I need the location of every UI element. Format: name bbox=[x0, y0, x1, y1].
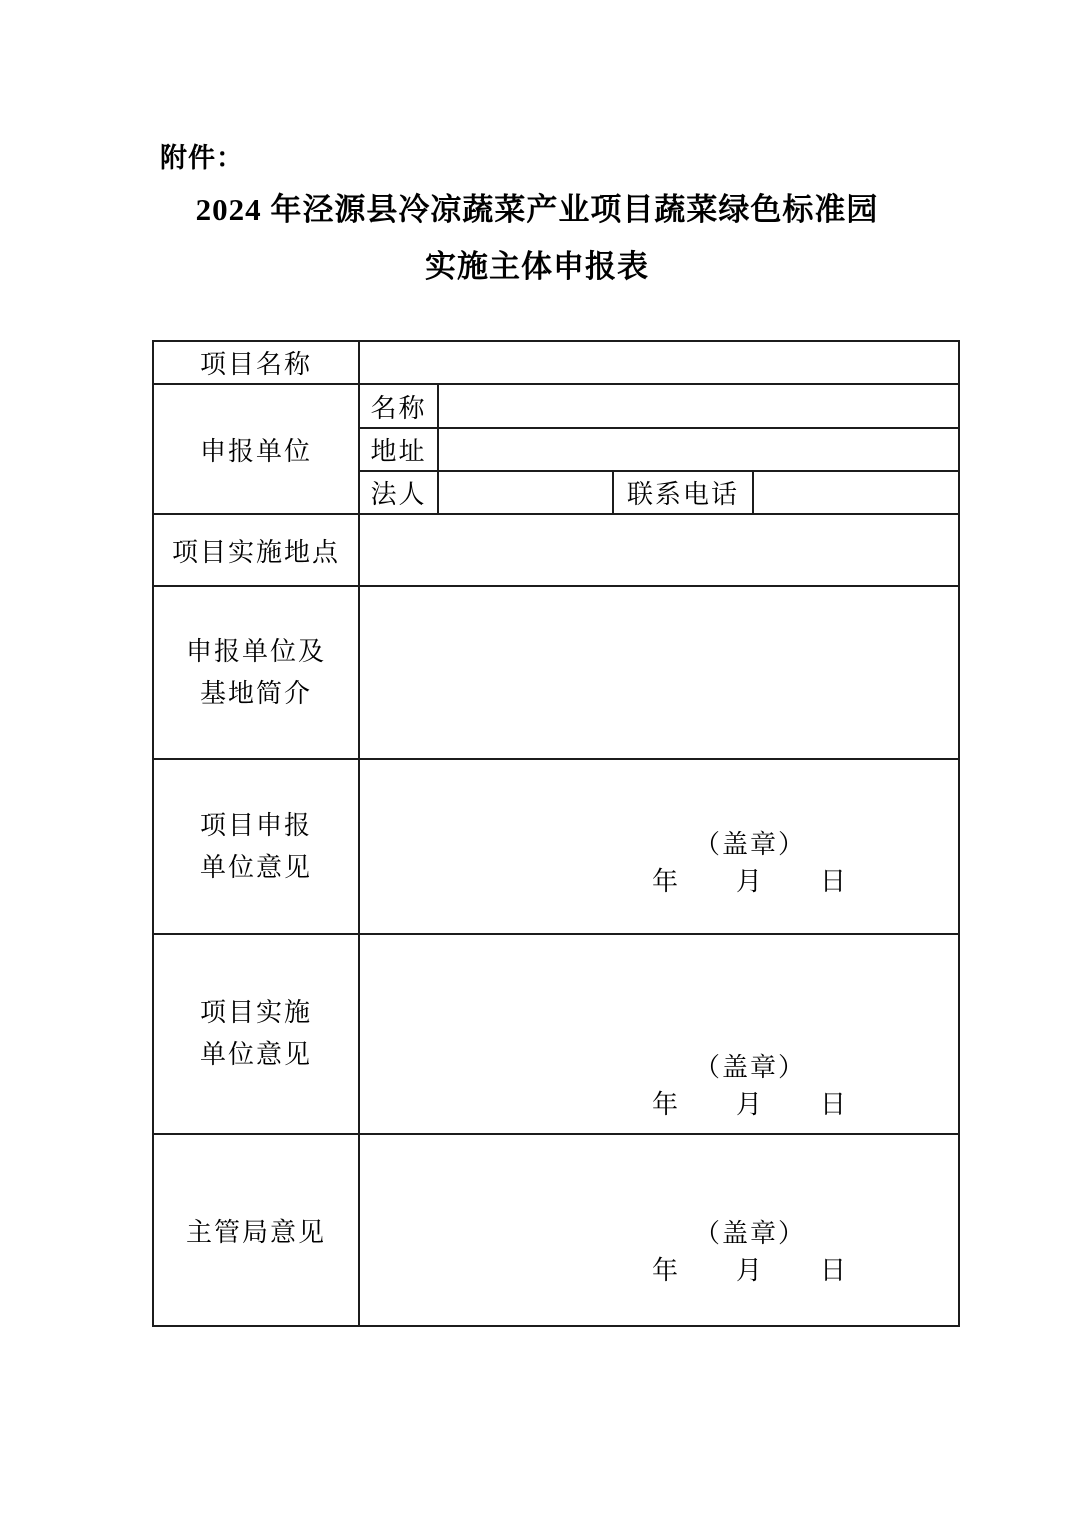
unit-base-intro-label: 申报单位及 基地简介 bbox=[153, 586, 359, 759]
row-bureau-opinion: 主管局意见 （盖章） 年 月 日 bbox=[153, 1134, 959, 1326]
unit-base-intro-label-line2: 基地简介 bbox=[154, 673, 358, 715]
application-form-table: 项目名称 申报单位 名称 地址 法人 联系电话 项目实施地点 bbox=[152, 340, 960, 1327]
implementation-opinion-label-line1: 项目实施 bbox=[154, 992, 358, 1034]
applicant-address-label: 地址 bbox=[359, 428, 438, 471]
implementation-opinion-seal-block: （盖章） 年 月 日 bbox=[630, 1049, 870, 1123]
document-title-line1: 2024 年泾源县冷凉蔬菜产业项目蔬菜绿色标准园 bbox=[0, 194, 1074, 225]
implementation-site-value bbox=[359, 514, 959, 586]
applicant-unit-label: 申报单位 bbox=[153, 384, 359, 514]
bureau-opinion-seal-block: （盖章） 年 月 日 bbox=[630, 1215, 870, 1289]
applicant-opinion-seal-block: （盖章） 年 月 日 bbox=[630, 826, 870, 900]
applicant-name-value bbox=[438, 384, 959, 428]
row-applicant-name: 申报单位 名称 bbox=[153, 384, 959, 428]
unit-base-intro-value bbox=[359, 586, 959, 759]
legal-person-value bbox=[438, 471, 613, 514]
project-name-label: 项目名称 bbox=[153, 341, 359, 384]
applicant-opinion-label-line1: 项目申报 bbox=[154, 805, 358, 847]
document-title: 2024 年泾源县冷凉蔬菜产业项目蔬菜绿色标准园 实施主体申报表 bbox=[0, 194, 1074, 282]
row-implementation-opinion: 项目实施 单位意见 （盖章） 年 月 日 bbox=[153, 934, 959, 1134]
document-title-line2: 实施主体申报表 bbox=[0, 251, 1074, 282]
applicant-opinion-label: 项目申报 单位意见 bbox=[153, 759, 359, 934]
applicant-opinion-label-line2: 单位意见 bbox=[154, 847, 358, 889]
document-page: 附件： 2024 年泾源县冷凉蔬菜产业项目蔬菜绿色标准园 实施主体申报表 项目名… bbox=[0, 0, 1074, 1520]
seal-placeholder: （盖章） bbox=[630, 1049, 870, 1086]
unit-base-intro-label-line1: 申报单位及 bbox=[154, 631, 358, 673]
implementation-site-label: 项目实施地点 bbox=[153, 514, 359, 586]
row-project-name: 项目名称 bbox=[153, 341, 959, 384]
applicant-address-value bbox=[438, 428, 959, 471]
date-placeholder: 年 月 日 bbox=[630, 1252, 870, 1289]
date-placeholder: 年 月 日 bbox=[630, 863, 870, 900]
row-unit-base-intro: 申报单位及 基地简介 bbox=[153, 586, 959, 759]
attachment-label: 附件： bbox=[160, 136, 244, 175]
legal-person-label: 法人 bbox=[359, 471, 438, 514]
contact-phone-label: 联系电话 bbox=[613, 471, 753, 514]
row-implementation-site: 项目实施地点 bbox=[153, 514, 959, 586]
seal-placeholder: （盖章） bbox=[630, 826, 870, 863]
contact-phone-value bbox=[753, 471, 959, 514]
implementation-opinion-label-line2: 单位意见 bbox=[154, 1034, 358, 1076]
implementation-opinion-label: 项目实施 单位意见 bbox=[153, 934, 359, 1134]
implementation-opinion-value: （盖章） 年 月 日 bbox=[359, 934, 959, 1134]
seal-placeholder: （盖章） bbox=[630, 1215, 870, 1252]
applicant-name-label: 名称 bbox=[359, 384, 438, 428]
applicant-opinion-value: （盖章） 年 月 日 bbox=[359, 759, 959, 934]
row-applicant-opinion: 项目申报 单位意见 （盖章） 年 月 日 bbox=[153, 759, 959, 934]
bureau-opinion-value: （盖章） 年 月 日 bbox=[359, 1134, 959, 1326]
bureau-opinion-label: 主管局意见 bbox=[153, 1134, 359, 1326]
date-placeholder: 年 月 日 bbox=[630, 1086, 870, 1123]
project-name-value bbox=[359, 341, 959, 384]
